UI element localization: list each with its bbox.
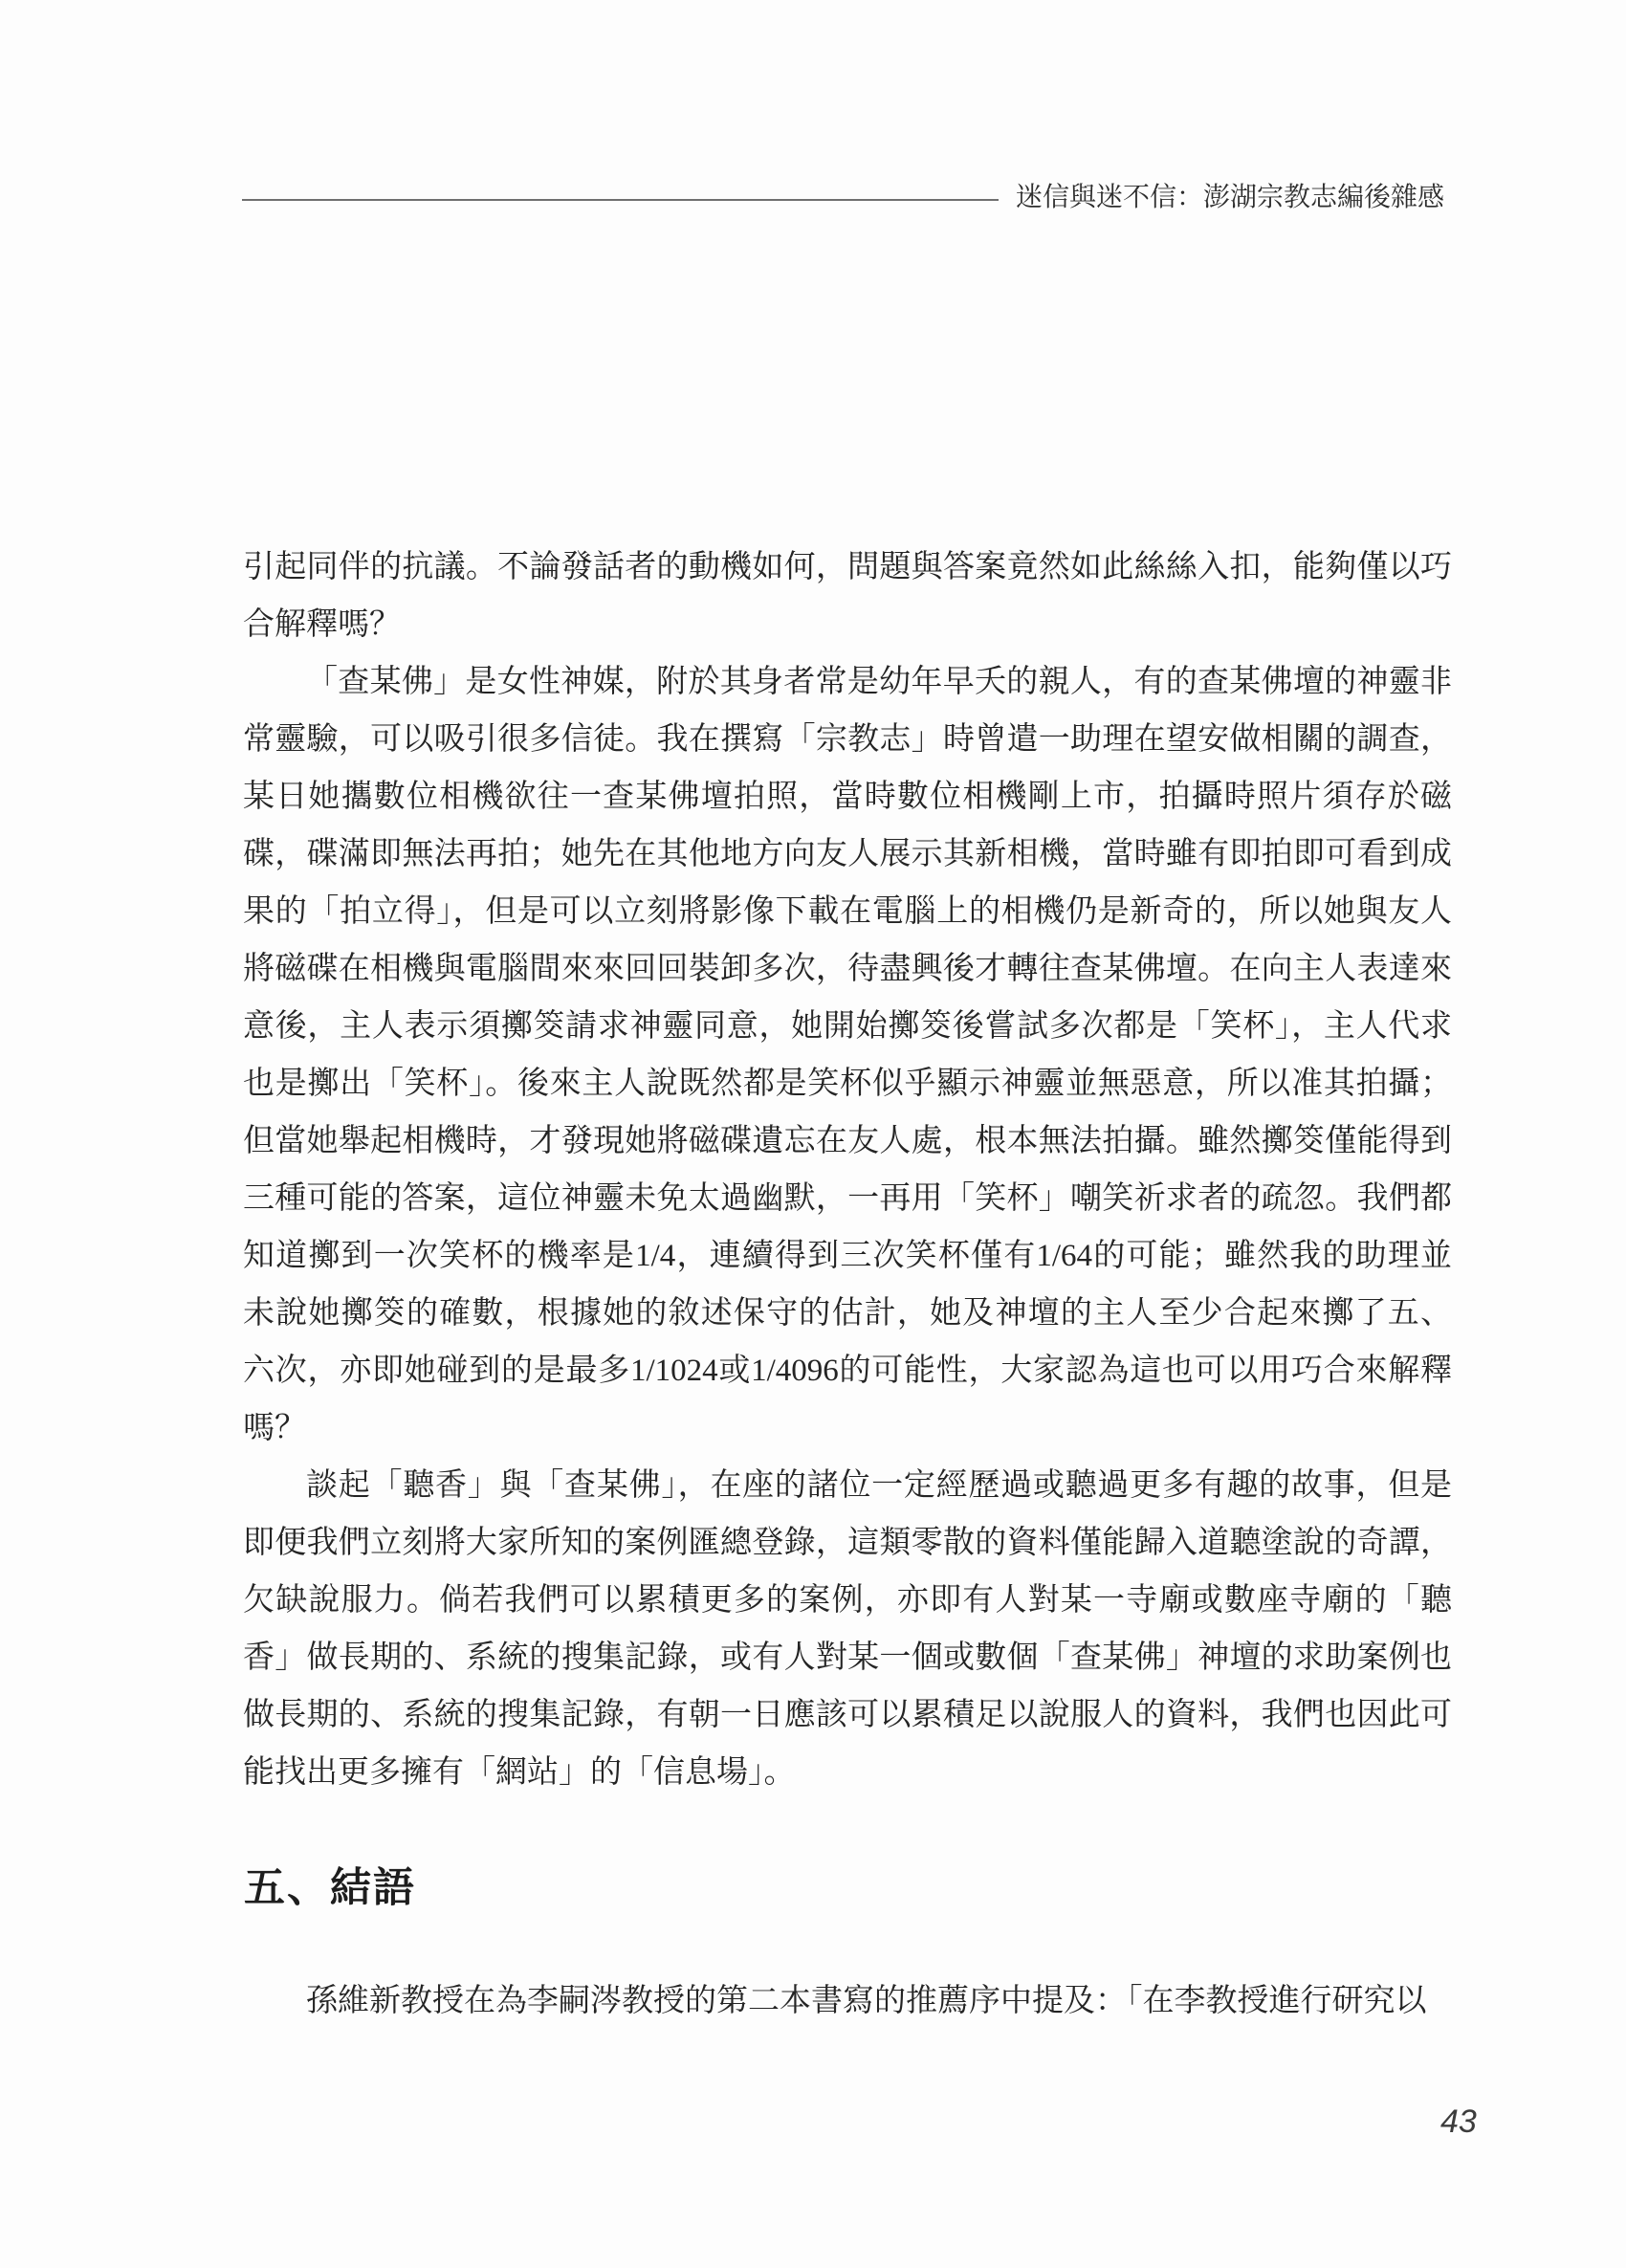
text-line: 將磁碟在相機與電腦間來來回回裝卸多次，待盡興後才轉往查某佛壇。在向主人表達來 — [243, 940, 1452, 998]
text-line: 能找出更多擁有「網站」的「信息場」。 — [243, 1744, 1452, 1801]
text-line: 合解釋嗎？ — [243, 596, 1452, 653]
page-number: 43 — [1440, 2103, 1477, 2141]
text-line: 三種可能的答案，這位神靈未免太過幽默，一再用「笑杯」嘲笑祈求者的疏忽。我們都 — [243, 1170, 1452, 1227]
text-line: 碟，碟滿即無法再拍；她先在其他地方向友人展示其新相機，當時雖有即拍即可看到成 — [243, 826, 1452, 883]
text-line: 做長期的、系統的搜集記錄，有朝一日應該可以累積足以說服人的資料，我們也因此可 — [243, 1686, 1452, 1744]
text-line: 孫維新教授在為李嗣涔教授的第二本書寫的推薦序中提及：「在李教授進行研究以 — [243, 1972, 1452, 2030]
text-line: 嗎？ — [243, 1399, 1452, 1457]
book-page: 迷信與迷不信：澎湖宗教志編後雜感 引起同伴的抗議。不論發話者的動機如何，問題與答… — [0, 0, 1626, 2268]
text-line: 未說她擲筊的確數，根據她的敘述保守的估計，她及神壇的主人至少合起來擲了五、 — [243, 1285, 1452, 1342]
text-line: 六次，亦即她碰到的是最多1/1024或1/4096的可能性，大家認為這也可以用巧… — [243, 1342, 1452, 1399]
text-line: 「查某佛」是女性神媒，附於其身者常是幼年早夭的親人，有的查某佛壇的神靈非 — [243, 653, 1452, 711]
section-heading: 五、結語 — [244, 1865, 416, 1913]
text-line: 引起同伴的抗議。不論發話者的動機如何，問題與答案竟然如此絲絲入扣，能夠僅以巧 — [243, 539, 1452, 596]
text-line: 香」做長期的、系統的搜集記錄，或有人對某一個或數個「查某佛」神壇的求助案例也 — [243, 1629, 1452, 1686]
text-line: 也是擲出「笑杯」。後來主人說既然都是笑杯似乎顯示神靈並無惡意，所以准其拍攝； — [243, 1055, 1452, 1112]
closing-paragraph: 孫維新教授在為李嗣涔教授的第二本書寫的推薦序中提及：「在李教授進行研究以 — [243, 1972, 1452, 2030]
text-line: 某日她攜數位相機欲往一查某佛壇拍照，當時數位相機剛上市，拍攝時照片須存於磁 — [243, 768, 1452, 826]
text-line: 即便我們立刻將大家所知的案例匯總登錄，這類零散的資料僅能歸入道聽塗說的奇譚， — [243, 1514, 1452, 1572]
text-line: 意後，主人表示須擲筊請求神靈同意，她開始擲筊後嘗試多次都是「笑杯」，主人代求 — [243, 998, 1452, 1055]
text-line: 常靈驗，可以吸引很多信徒。我在撰寫「宗教志」時曾遣一助理在望安做相關的調查， — [243, 711, 1452, 768]
text-line: 果的「拍立得」，但是可以立刻將影像下載在電腦上的相機仍是新奇的，所以她與友人 — [243, 883, 1452, 940]
text-line: 欠缺說服力。倘若我們可以累積更多的案例，亦即有人對某一寺廟或數座寺廟的「聽 — [243, 1572, 1452, 1629]
text-line: 談起「聽香」與「查某佛」，在座的諸位一定經歷過或聽過更多有趣的故事，但是 — [243, 1457, 1452, 1514]
body-text: 引起同伴的抗議。不論發話者的動機如何，問題與答案竟然如此絲絲入扣，能夠僅以巧合解… — [243, 539, 1452, 1801]
text-line: 知道擲到一次笑杯的機率是1/4，連續得到三次笑杯僅有1/64的可能；雖然我的助理… — [243, 1227, 1452, 1285]
running-header-title: 迷信與迷不信：澎湖宗教志編後雜感 — [1016, 181, 1444, 213]
header-rule — [242, 199, 999, 201]
text-line: 但當她舉起相機時，才發現她將磁碟遺忘在友人處，根本無法拍攝。雖然擲筊僅能得到 — [243, 1112, 1452, 1170]
